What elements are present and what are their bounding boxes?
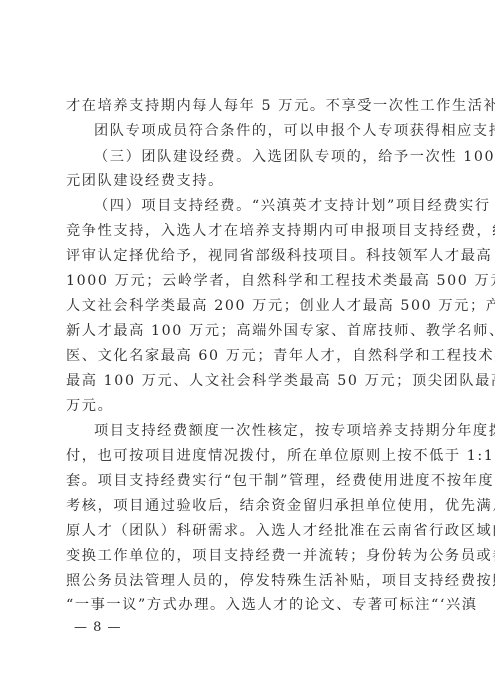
text-line: 项目支持经费额度一次性核定，按专项培养支持期分年度拨 xyxy=(94,422,434,440)
text-line: 评审认定择优给予，视同省部级科技项目。科技领军人才最高 xyxy=(66,247,434,265)
text-line: 团队专项成员符合条件的，可以申报个人专项获得相应支持。 xyxy=(94,122,434,140)
text-line: 变换工作单位的，项目支持经费一并流转；身份转为公务员或参 xyxy=(66,547,434,565)
text-line: “一事一议”方式办理。入选人才的论文、专著可标注“‘兴滇 xyxy=(66,596,434,614)
text-line: 最高 100 万元、人文社会科学类最高 50 万元；顶尖团队最高 3000 xyxy=(66,372,434,390)
text-line: 1000 万元；云岭学者，自然科学和工程技术类最高 500 万元、 xyxy=(66,272,434,290)
text-line: 竞争性支持，入选人才在培养支持期内可申报项目支持经费，经 xyxy=(66,222,434,240)
text-line: 人文社会科学类最高 200 万元；创业人才最高 500 万元；产业创 xyxy=(66,297,434,315)
text-line: 原人才（团队）科研需求。入选人才经批准在云南省行政区域内 xyxy=(66,522,434,540)
page-number: — 8 — xyxy=(74,620,122,635)
text-line: （三）团队建设经费。入选团队专项的，给予一次性 100 万 xyxy=(94,148,434,166)
text-line: 照公务员法管理人员的，停发特殊生活补贴，项目支持经费按照 xyxy=(66,572,434,590)
text-line: 万元。 xyxy=(66,397,434,415)
text-line: 付，也可按项目进度情况拨付，所在单位原则上按不低于 1:1 配 xyxy=(66,447,434,465)
text-line: 才在培养支持期内每人每年 5 万元。不享受一次性工作生活补贴。 xyxy=(66,97,434,115)
text-line: 新人才最高 100 万元；高端外国专家、首席技师、教学名师、名 xyxy=(66,322,434,340)
document-page: 才在培养支持期内每人每年 5 万元。不享受一次性工作生活补贴。 团队专项成员符合… xyxy=(0,0,495,700)
text-line: （四）项目支持经费。“兴滇英才支持计划”项目经费实行 xyxy=(94,197,434,215)
text-line: 元团队建设经费支持。 xyxy=(66,172,434,190)
text-line: 套。项目支持经费实行“包干制”管理，经费使用进度不按年度 xyxy=(66,472,434,490)
text-line: 医、文化名家最高 60 万元；青年人才，自然科学和工程技术类 xyxy=(66,347,434,365)
text-line: 考核，项目通过验收后，结余资金留归承担单位使用，优先满足 xyxy=(66,497,434,515)
